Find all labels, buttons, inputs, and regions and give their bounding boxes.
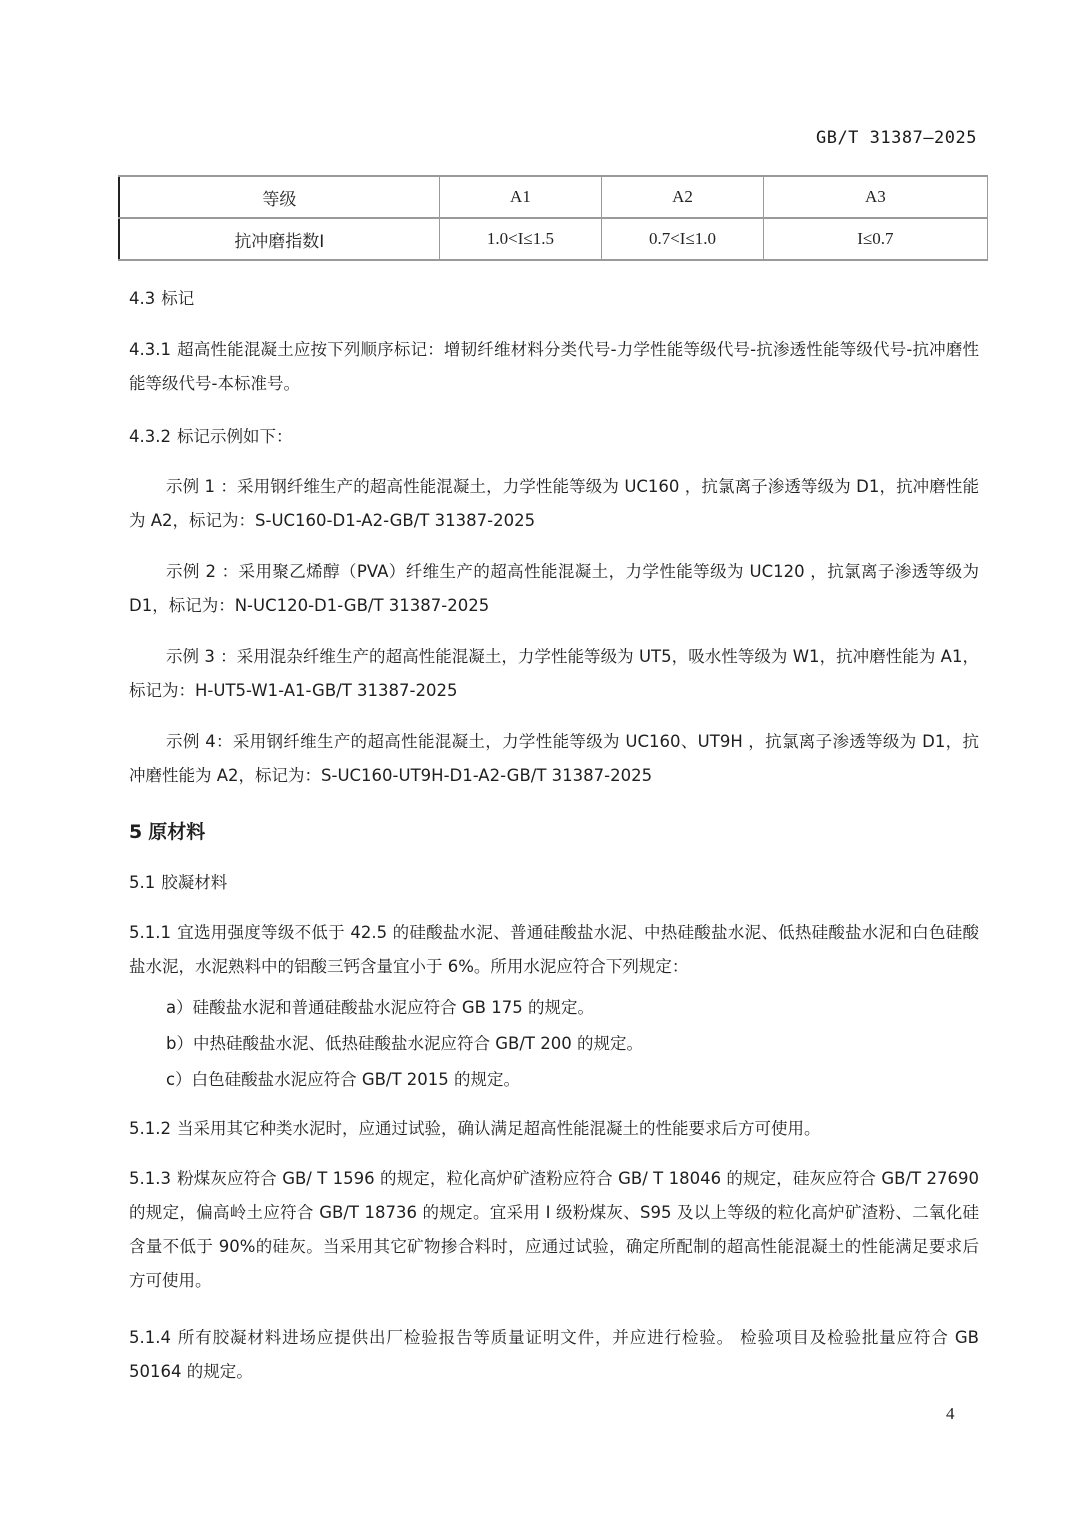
example-2: 示例 2 ：采用聚乙烯醇（PVA）纤维生产的超高性能混凝土，力学性能等级为 UC… — [129, 555, 979, 623]
clause-text: 所有胶凝材料进场应提供出厂检验报告等质量证明文件，并应进行检验。 检验项目及检验… — [129, 1328, 979, 1381]
section-title: 原材料 — [148, 821, 205, 843]
clause-number: 5.1.1 — [129, 923, 171, 942]
list-item-b: b）中热硅酸盐水泥、低热硅酸盐水泥应符合 GB/T 200 的规定。 — [166, 1027, 976, 1061]
table-cell: 0.7<I≤1.0 — [602, 218, 764, 260]
clause-number: 5.1.3 — [129, 1169, 171, 1188]
example-label: 示例 1 ： — [166, 477, 237, 496]
section-heading-5-1: 5.1胶凝材料 — [129, 866, 979, 900]
section-title: 胶凝材料 — [161, 873, 227, 892]
table-cell: 1.0<I≤1.5 — [439, 218, 602, 260]
section-number: 5.1 — [129, 873, 155, 892]
table-header-cell: A3 — [763, 176, 987, 218]
table-row: 抗冲磨指数I 1.0<I≤1.5 0.7<I≤1.0 I≤0.7 — [119, 218, 988, 260]
clause-number: 4.3.1 — [129, 340, 171, 359]
clause-text: 粉煤灰应符合 GB/ T 1596 的规定，粒化高炉矿渣粉应符合 GB/ T 1… — [129, 1169, 979, 1290]
example-label: 示例 2 ： — [166, 562, 239, 581]
clause-text: 超高性能混凝土应按下列顺序标记：增韧纤维材料分类代号-力学性能等级代号-抗渗透性… — [129, 340, 979, 393]
example-3: 示例 3 ：采用混杂纤维生产的超高性能混凝土，力学性能等级为 UT5，吸水性等级… — [129, 640, 979, 708]
clause-5-1-3: 5.1.3粉煤灰应符合 GB/ T 1596 的规定，粒化高炉矿渣粉应符合 GB… — [129, 1162, 979, 1298]
example-text: 采用钢纤维生产的超高性能混凝土，力学性能等级为 UC160 ，抗氯离子渗透等级为… — [129, 477, 979, 530]
clause-number: 4.3.2 — [129, 427, 171, 446]
clause-number: 5.1.2 — [129, 1119, 171, 1138]
page-number: 4 — [946, 1404, 955, 1424]
list-item-a: a）硅酸盐水泥和普通硅酸盐水泥应符合 GB 175 的规定。 — [166, 991, 976, 1025]
section-title: 标记 — [161, 289, 194, 308]
example-text: 采用钢纤维生产的超高性能混凝土，力学性能等级为 UC160、UT9H ，抗氯离子… — [129, 732, 979, 785]
clause-5-1-1: 5.1.1宜选用强度等级不低于 42.5 的硅酸盐水泥、普通硅酸盐水泥、中热硅酸… — [129, 916, 979, 984]
abrasion-grade-table: 等级 A1 A2 A3 抗冲磨指数I 1.0<I≤1.5 0.7<I≤1.0 I… — [118, 175, 988, 261]
table-header-row: 等级 A1 A2 A3 — [119, 176, 988, 218]
table-cell: I≤0.7 — [763, 218, 987, 260]
clause-5-1-2: 5.1.2当采用其它种类水泥时，应通过试验，确认满足超高性能混凝土的性能要求后方… — [129, 1112, 979, 1146]
section-number: 5 — [129, 821, 142, 843]
section-heading-4-3: 4.3标记 — [129, 282, 979, 316]
section-heading-5: 5原材料 — [129, 815, 979, 849]
table-header-cell: A1 — [439, 176, 602, 218]
clause-4-3-1: 4.3.1超高性能混凝土应按下列顺序标记：增韧纤维材料分类代号-力学性能等级代号… — [129, 333, 979, 401]
example-text: 采用聚乙烯醇（PVA）纤维生产的超高性能混凝土，力学性能等级为 UC120 ，抗… — [129, 562, 979, 615]
example-4: 示例 4：采用钢纤维生产的超高性能混凝土，力学性能等级为 UC160、UT9H … — [129, 725, 979, 793]
table-header-cell: 等级 — [119, 176, 439, 218]
section-number: 4.3 — [129, 289, 155, 308]
clause-number: 5.1.4 — [129, 1328, 171, 1347]
table-cell: 抗冲磨指数I — [119, 218, 439, 260]
clause-text: 标记示例如下： — [177, 427, 293, 446]
example-label: 示例 3 ： — [166, 647, 237, 666]
standard-code-header: GB/T 31387—2025 — [816, 128, 977, 148]
example-1: 示例 1 ：采用钢纤维生产的超高性能混凝土，力学性能等级为 UC160 ，抗氯离… — [129, 470, 979, 538]
table-header-cell: A2 — [602, 176, 764, 218]
list-item-c: c）白色硅酸盐水泥应符合 GB/T 2015 的规定。 — [166, 1063, 976, 1097]
clause-5-1-4: 5.1.4所有胶凝材料进场应提供出厂检验报告等质量证明文件，并应进行检验。 检验… — [129, 1321, 979, 1389]
clause-4-3-2: 4.3.2标记示例如下： — [129, 420, 979, 454]
example-text: 采用混杂纤维生产的超高性能混凝土，力学性能等级为 UT5，吸水性等级为 W1，抗… — [129, 647, 979, 700]
example-label: 示例 4： — [166, 732, 233, 751]
clause-text: 当采用其它种类水泥时，应通过试验，确认满足超高性能混凝土的性能要求后方可使用。 — [177, 1119, 821, 1138]
clause-text: 宜选用强度等级不低于 42.5 的硅酸盐水泥、普通硅酸盐水泥、中热硅酸盐水泥、低… — [129, 923, 979, 976]
